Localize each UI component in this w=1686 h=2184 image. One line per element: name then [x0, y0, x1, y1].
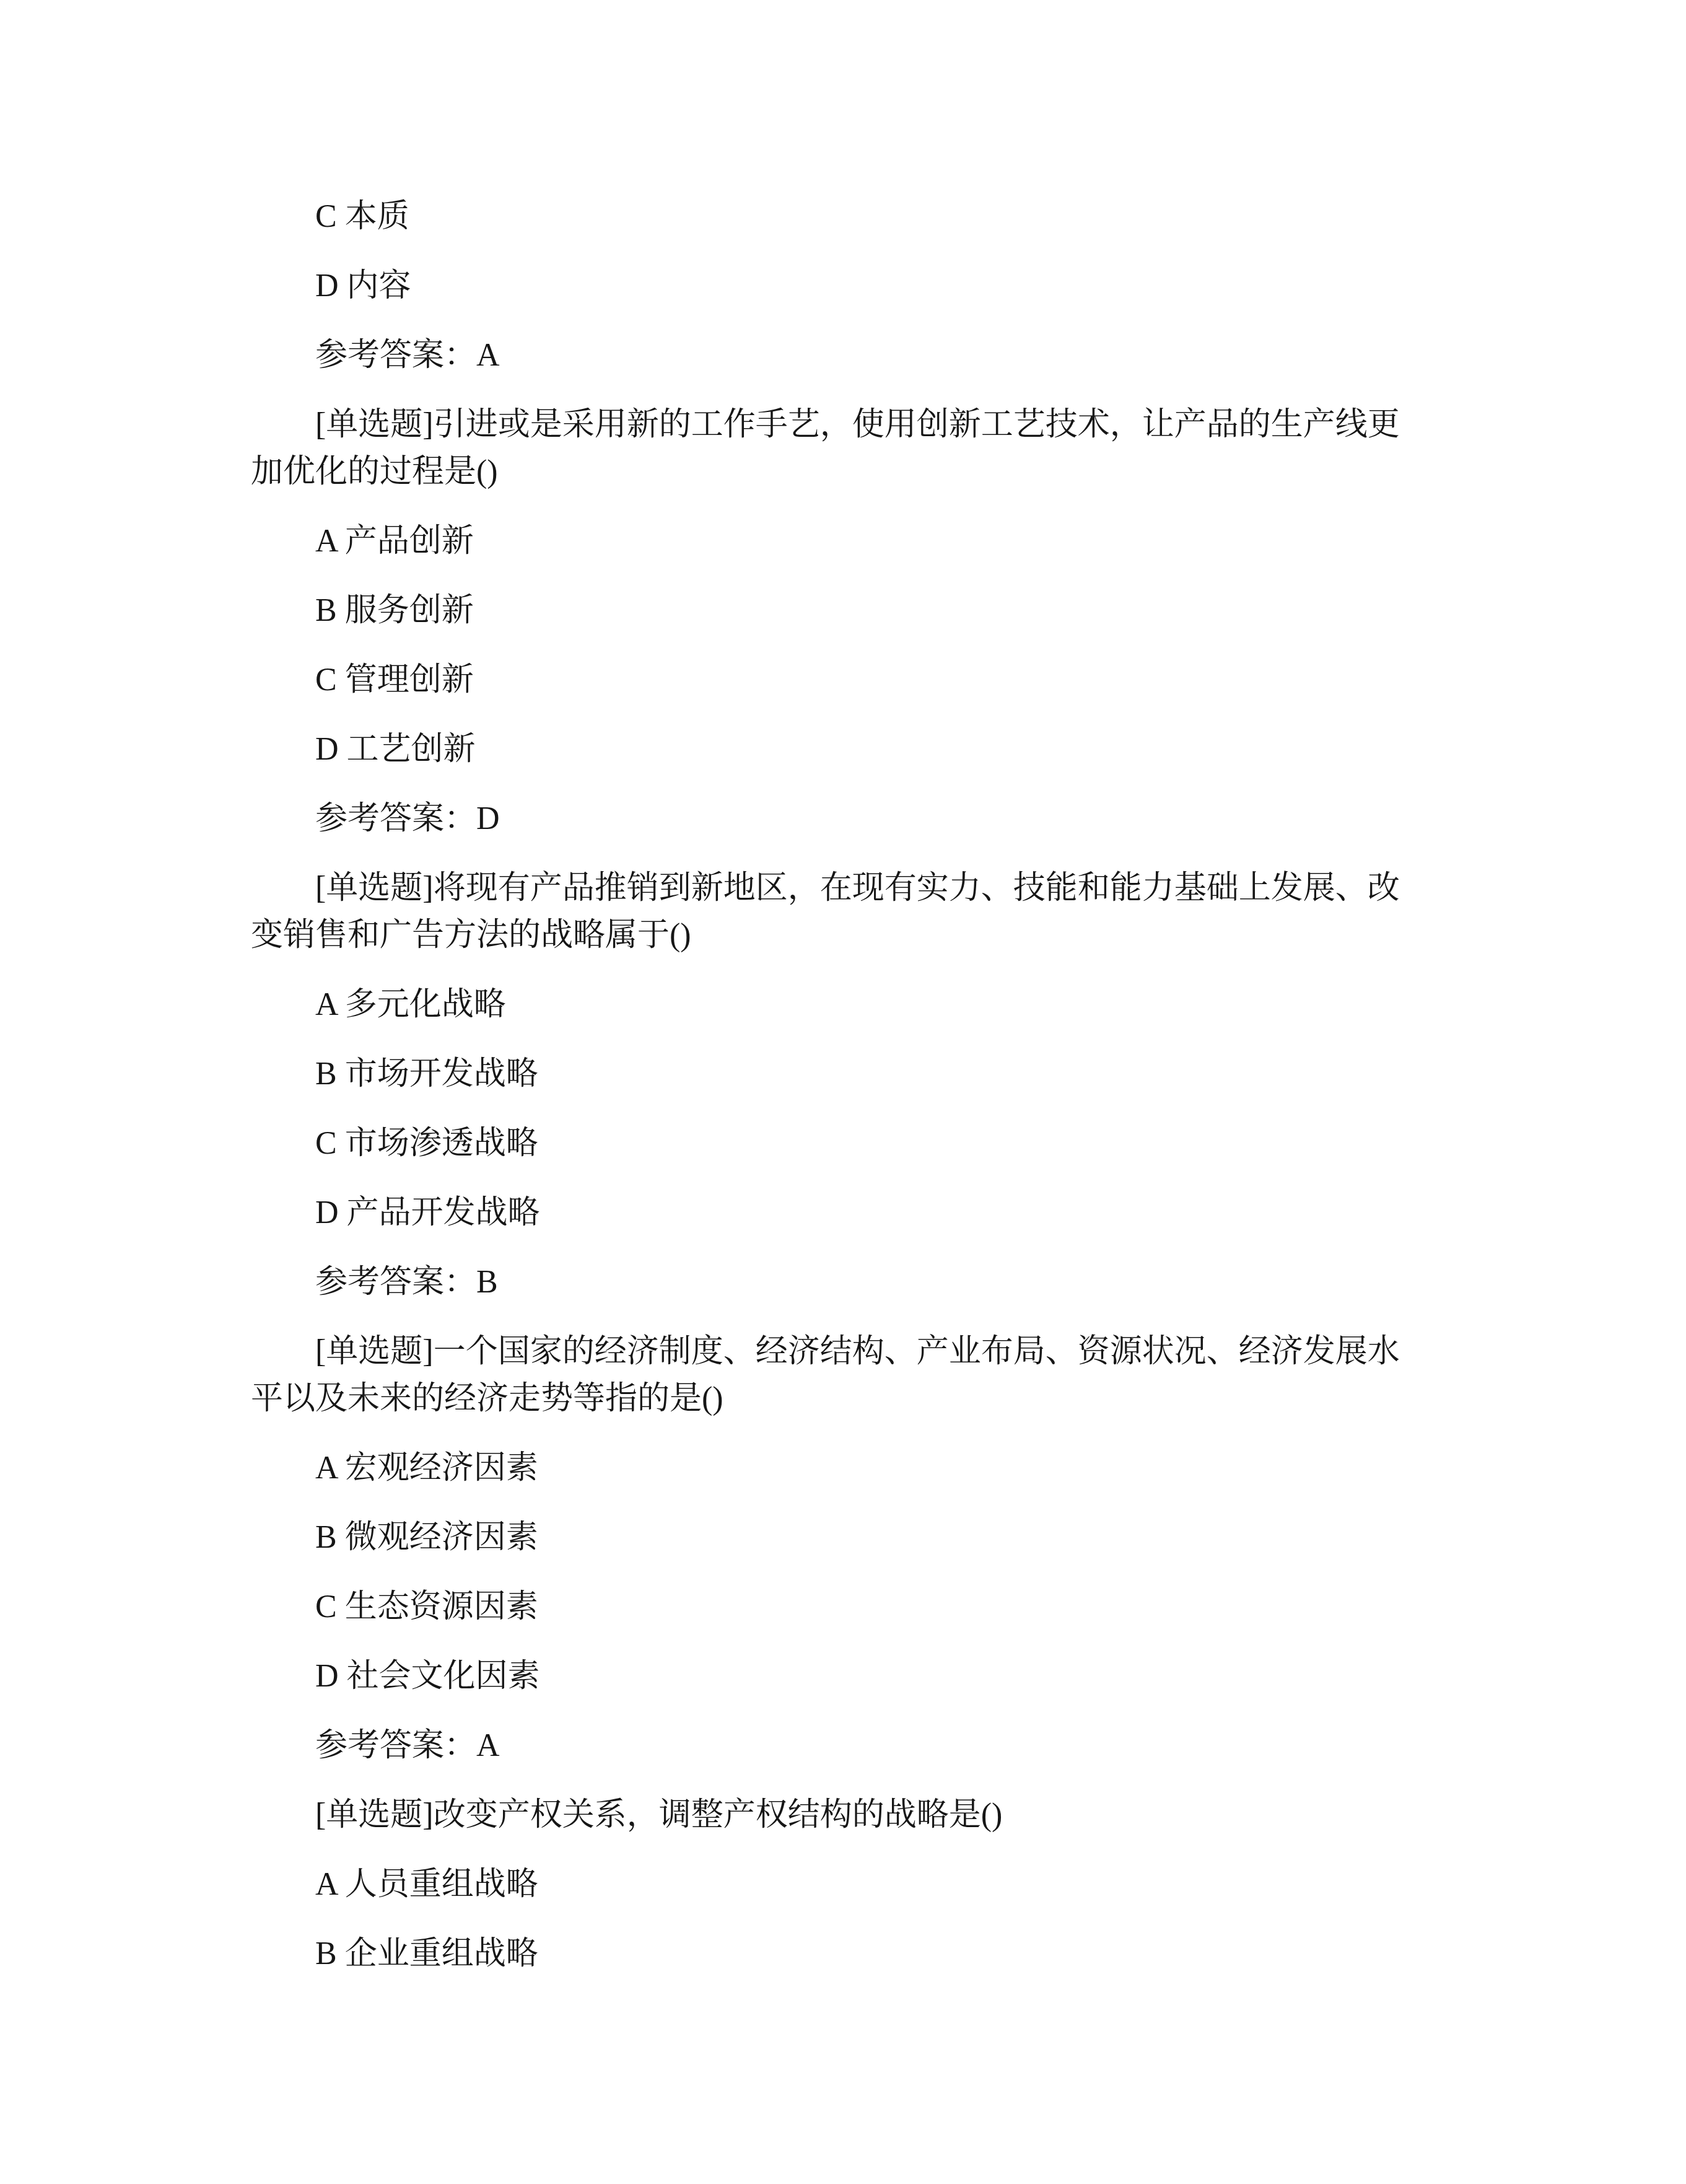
stem-line: [单选题]改变产权关系，调整产权结构的战略是()	[251, 1792, 1443, 1839]
question-stem: [单选题]改变产权关系，调整产权结构的战略是()	[251, 1792, 1443, 1839]
stem-line: 平以及未来的经济走势等指的是()	[251, 1375, 1443, 1423]
question-stem: [单选题]一个国家的经济制度、经济结构、产业布局、资源状况、经济发展水 平以及未…	[251, 1328, 1443, 1423]
option-line: D 产品开发战略	[251, 1190, 1443, 1237]
option-line: B 微观经济因素	[251, 1514, 1443, 1561]
stem-line: 加优化的过程是()	[251, 449, 1443, 496]
document-page: C 本质 D 内容 参考答案：A [单选题]引进或是采用新的工作手艺，使用创新工…	[0, 0, 1686, 2184]
stem-line: [单选题]一个国家的经济制度、经济结构、产业布局、资源状况、经济发展水	[251, 1328, 1443, 1375]
option-line: A 宏观经济因素	[251, 1445, 1443, 1492]
question-stem: [单选题]将现有产品推销到新地区，在现有实力、技能和能力基础上发展、改 变销售和…	[251, 865, 1443, 959]
option-line: C 本质	[251, 193, 1443, 240]
option-line: D 工艺创新	[251, 726, 1443, 773]
option-line: B 服务创新	[251, 587, 1443, 634]
answer-line: 参考答案：A	[251, 332, 1443, 379]
stem-line: 变销售和广告方法的战略属于()	[251, 912, 1443, 959]
option-line: C 市场渗透战略	[251, 1120, 1443, 1167]
stem-line: [单选题]将现有产品推销到新地区，在现有实力、技能和能力基础上发展、改	[251, 865, 1443, 912]
answer-line: 参考答案：D	[251, 796, 1443, 843]
option-line: D 内容	[251, 263, 1443, 310]
option-line: C 管理创新	[251, 657, 1443, 704]
question-stem: [单选题]引进或是采用新的工作手艺，使用创新工艺技术，让产品的生产线更 加优化的…	[251, 401, 1443, 496]
option-line: A 多元化战略	[251, 981, 1443, 1028]
option-line: A 人员重组战略	[251, 1861, 1443, 1908]
option-line: B 市场开发战略	[251, 1051, 1443, 1098]
option-line: B 企业重组战略	[251, 1931, 1443, 1978]
answer-line: 参考答案：A	[251, 1722, 1443, 1770]
answer-line: 参考答案：B	[251, 1259, 1443, 1306]
option-line: D 社会文化因素	[251, 1653, 1443, 1700]
stem-line: [单选题]引进或是采用新的工作手艺，使用创新工艺技术，让产品的生产线更	[251, 401, 1443, 449]
option-line: A 产品创新	[251, 518, 1443, 565]
option-line: C 生态资源因素	[251, 1584, 1443, 1631]
